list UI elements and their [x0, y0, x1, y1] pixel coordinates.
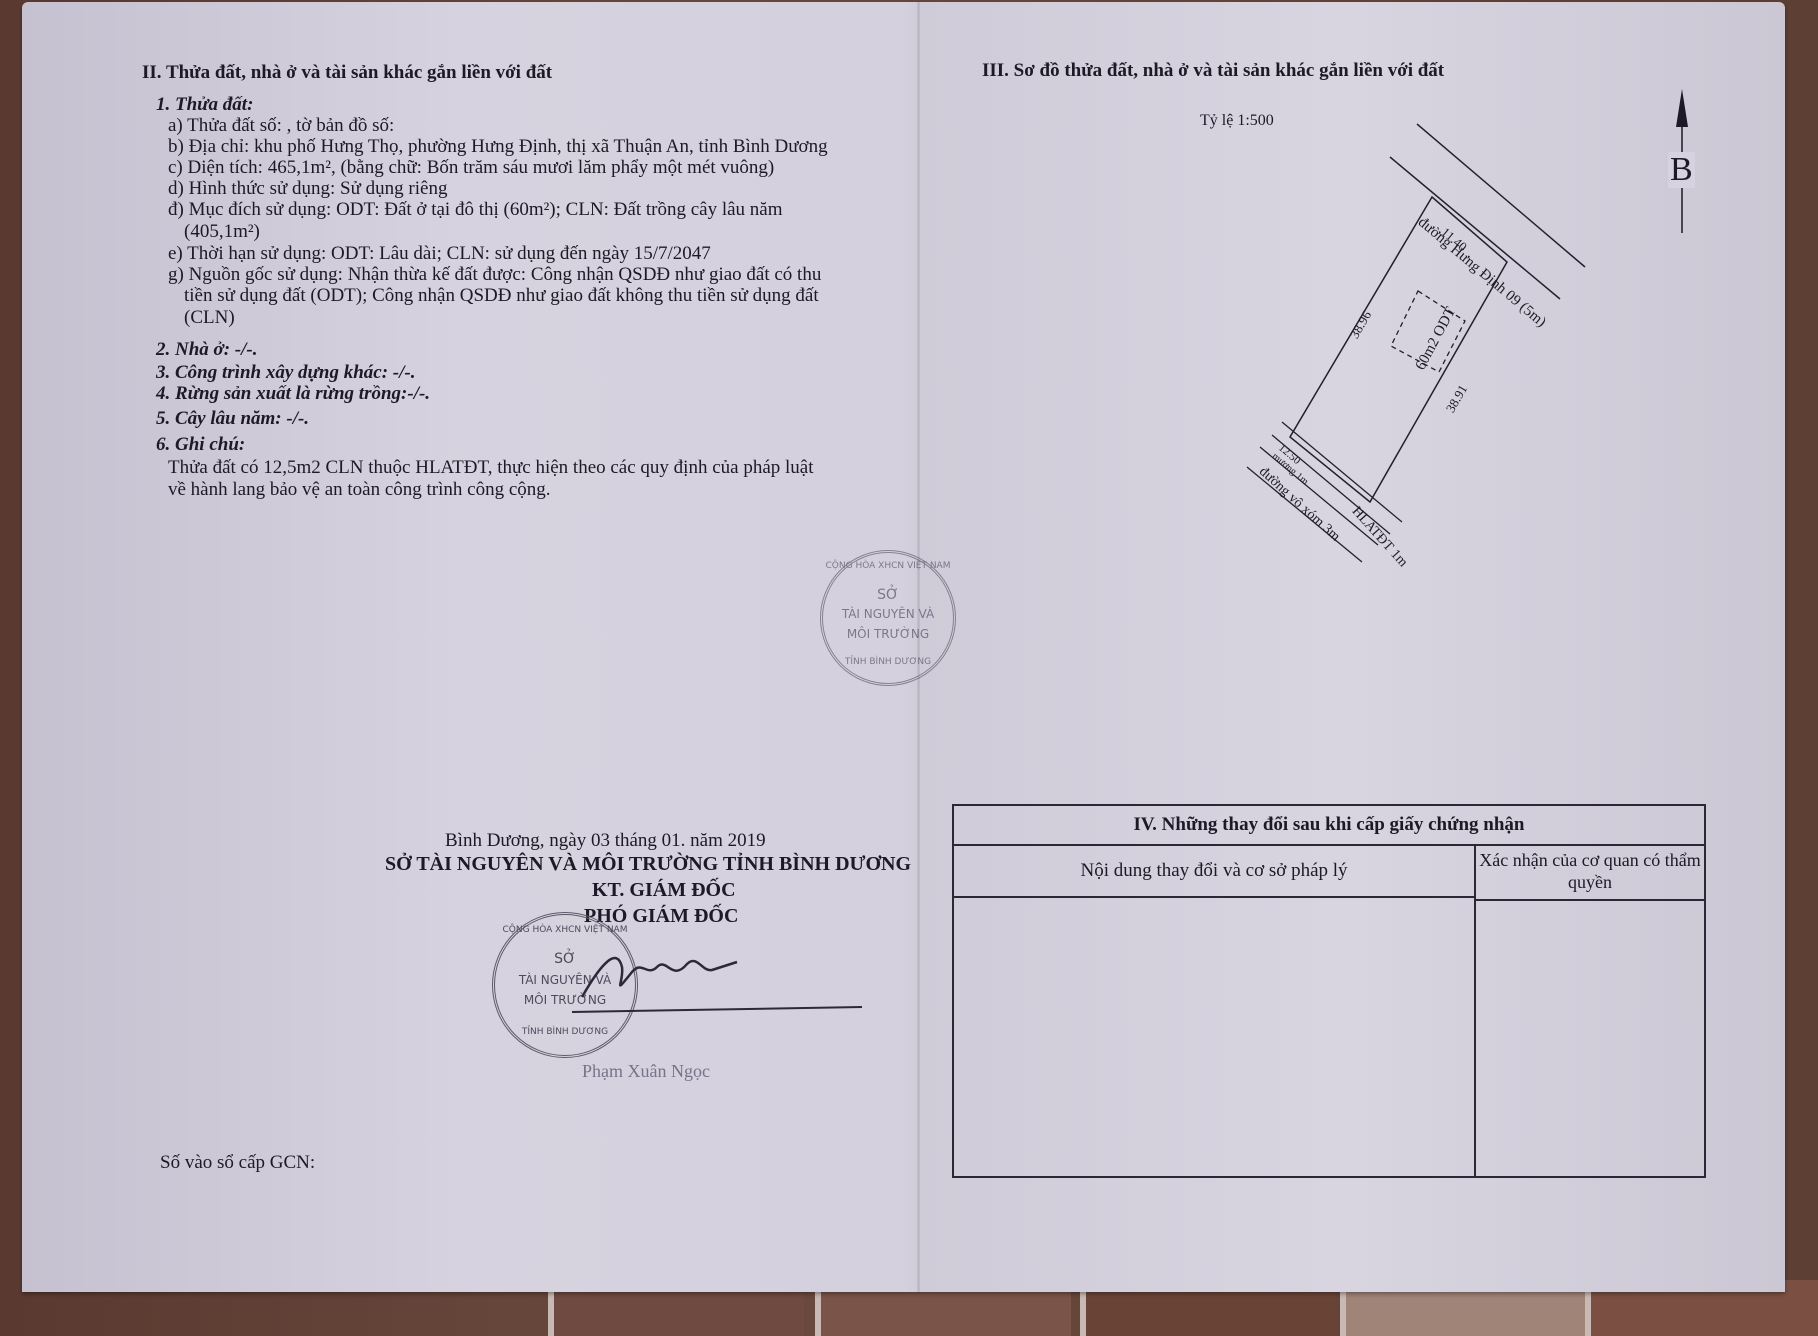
- parcel-area: c) Diện tích: 465,1m², (bằng chữ: Bốn tr…: [168, 157, 774, 179]
- changes-col-content: Nội dung thay đổi và cơ sở pháp lý: [954, 846, 1476, 898]
- official-seal: CỘNG HÒA XHCN VIỆT NAM SỞ TÀI NGUYÊN VÀ …: [820, 550, 956, 686]
- seal-bottom-arc: TỈNH BÌNH DƯƠNG: [823, 657, 953, 667]
- seal-top-arc: CỘNG HÒA XHCN VIỆT NAM: [823, 561, 953, 571]
- issuing-agency: SỞ TÀI NGUYÊN VÀ MÔI TRƯỜNG TỈNH BÌNH DƯ…: [385, 853, 911, 875]
- usage-purpose: đ) Mục đích sử dụng: ODT: Đất ở tại đô t…: [168, 199, 783, 221]
- register-number-label: Số vào sổ cấp GCN:: [160, 1152, 315, 1174]
- parcel-address: b) Địa chỉ: khu phố Hưng Thọ, phường Hưn…: [168, 136, 828, 158]
- section-ii-title: II. Thửa đất, nhà ở và tài sản khác gắn …: [142, 62, 552, 84]
- item3-other-construction: 3. Công trình xây dựng khác: -/-.: [156, 362, 415, 384]
- site-plan-diagram: đường Hưng Định 09 (5m) 11.40 38.96 38.9…: [1172, 102, 1692, 622]
- seal-top-arc: CỘNG HÒA XHCN VIỆT NAM: [495, 925, 635, 935]
- signer-role-2: PHÓ GIÁM ĐỐC: [584, 905, 738, 927]
- item1-title: 1. Thửa đất:: [156, 94, 253, 116]
- parcel-number: a) Thửa đất số: , tờ bản đồ số:: [168, 115, 394, 137]
- seal-line-3: MÔI TRƯỜNG: [823, 627, 953, 641]
- signer-role-1: KT. GIÁM ĐỐC: [592, 879, 736, 901]
- usage-term: e) Thời hạn sử dụng: ODT: Lâu dài; CLN: …: [168, 243, 711, 265]
- note-line-2: về hành lang bảo vệ an toàn công trình c…: [168, 479, 551, 501]
- usage-origin-cont2: (CLN): [184, 307, 235, 329]
- changes-col-confirmation: Xác nhận của cơ quan có thẩm quyền: [1476, 846, 1704, 901]
- usage-purpose-cont: (405,1m²): [184, 221, 260, 243]
- item2-house: 2. Nhà ở: -/-.: [156, 339, 258, 361]
- signature: [562, 942, 872, 1022]
- seal-line-1: SỞ: [823, 587, 953, 603]
- note-line-1: Thửa đất có 12,5m2 CLN thuộc HLATĐT, thự…: [168, 457, 814, 479]
- usage-origin-cont: tiền sử dụng đất (ODT); Công nhận QSDĐ n…: [184, 285, 819, 307]
- seal-line-2: TÀI NGUYÊN VÀ: [823, 607, 953, 621]
- signing-place-date: Bình Dương, ngày 03 tháng 01. năm 2019: [445, 830, 766, 852]
- section-iii-title: III. Sơ đồ thửa đất, nhà ở và tài sản kh…: [982, 60, 1444, 82]
- item6-notes-title: 6. Ghi chú:: [156, 434, 245, 456]
- certificate-paper: II. Thửa đất, nhà ở và tài sản khác gắn …: [22, 2, 1785, 1292]
- item5-perennial: 5. Cây lâu năm: -/-.: [156, 408, 309, 430]
- usage-origin: g) Nguồn gốc sử dụng: Nhận thừa kế đất đ…: [168, 264, 821, 286]
- usage-form: d) Hình thức sử dụng: Sử dụng riêng: [168, 178, 447, 200]
- table-divider: [1474, 898, 1476, 1176]
- signer-name: Phạm Xuân Ngọc: [582, 1060, 710, 1082]
- changes-table-title: IV. Những thay đổi sau khi cấp giấy chứn…: [954, 806, 1704, 846]
- seal-bottom-arc: TỈNH BÌNH DƯƠNG: [495, 1027, 635, 1037]
- changes-table: IV. Những thay đổi sau khi cấp giấy chứn…: [952, 804, 1706, 1178]
- item4-forest: 4. Rừng sản xuất là rừng trồng:-/-.: [156, 383, 430, 405]
